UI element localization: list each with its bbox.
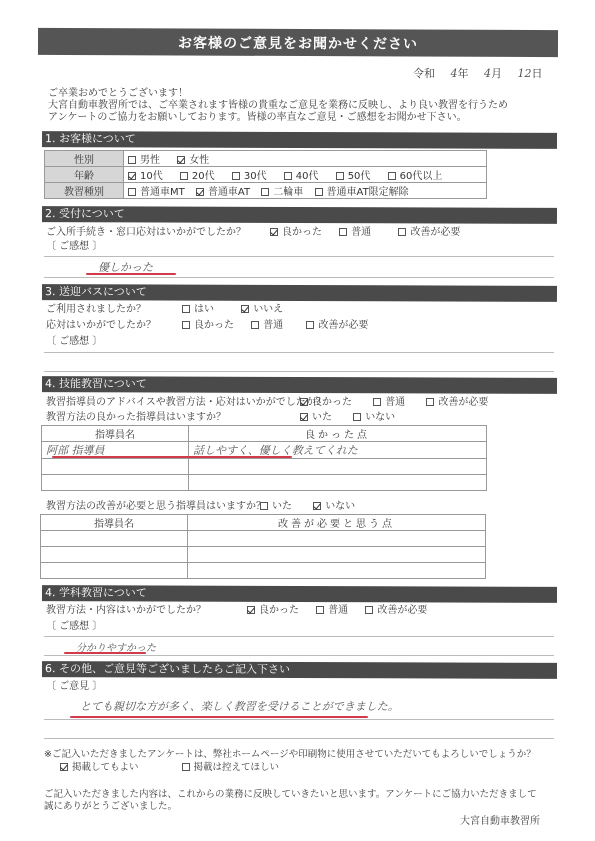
option-label: 二輪車 bbox=[273, 187, 303, 198]
date-day[interactable]: 12 bbox=[518, 67, 532, 80]
age-row: 年齢 10代 20代 30代 40代 50代 60代以上 bbox=[45, 167, 487, 183]
option-label: いた bbox=[312, 412, 332, 423]
option-normal[interactable]: 普通 bbox=[373, 396, 405, 409]
course-type-row: 教習種別 普通車MT 普通車AT 二輪車 普通車AT限定解除 bbox=[45, 183, 487, 199]
section-1-heading: 1. お客様について bbox=[42, 131, 557, 149]
option-label: 改善が必要 bbox=[410, 227, 460, 238]
checkbox-icon[interactable] bbox=[365, 606, 373, 614]
option-good[interactable]: 良かった bbox=[270, 226, 322, 239]
checkbox-icon[interactable] bbox=[251, 321, 259, 329]
checkbox-icon[interactable] bbox=[260, 502, 268, 510]
reception-comment-label: 〔 ご感想 〕 bbox=[46, 240, 102, 253]
checkbox-icon[interactable] bbox=[182, 321, 190, 329]
option-normal[interactable]: 普通 bbox=[316, 604, 348, 617]
age-label: 年齢 bbox=[45, 167, 124, 183]
section-6-heading: 6. その他、ご意見等ございましたらご記入下さい bbox=[42, 661, 557, 679]
option-needs-improvement[interactable]: 改善が必要 bbox=[306, 319, 368, 332]
option-30s[interactable]: 30代 bbox=[232, 167, 267, 182]
option-female[interactable]: 女性 bbox=[177, 151, 209, 166]
divider bbox=[44, 371, 554, 372]
bus-service-question: 応対はいかがでしたか？ bbox=[46, 319, 156, 332]
classroom-comment-label: 〔 ご感想 〕 bbox=[46, 620, 102, 633]
checkbox-icon[interactable] bbox=[398, 228, 406, 236]
option-publish-ok[interactable]: 掲載してもよい bbox=[60, 761, 139, 774]
table-header-row: 指導員名 改善が必要と思う点 bbox=[41, 515, 486, 531]
checkbox-checked-icon[interactable] bbox=[196, 188, 204, 196]
red-underline bbox=[70, 716, 368, 718]
gender-label: 性別 bbox=[45, 151, 124, 167]
option-label: いない bbox=[325, 501, 355, 512]
gender-row: 性別 男性 女性 bbox=[45, 151, 487, 167]
section-3-heading: 3. 送迎バスについて bbox=[42, 284, 557, 302]
option-label: いいえ bbox=[253, 304, 283, 315]
improve-points-header: 改善が必要と思う点 bbox=[188, 515, 486, 531]
option-10s[interactable]: 10代 bbox=[128, 167, 163, 182]
good-instructor-table: 指導員名 良かった点 阿部 指導員 話しやすく、優しく教えてくれた bbox=[41, 425, 487, 491]
option-label: 40代 bbox=[296, 171, 319, 182]
checkbox-icon[interactable] bbox=[336, 172, 344, 180]
option-label: 60代以上 bbox=[400, 171, 443, 182]
checkbox-checked-icon[interactable] bbox=[60, 763, 68, 771]
option-publish-decline[interactable]: 掲載は控えてほしい bbox=[182, 761, 280, 774]
instructor-advice-question: 教習指導員のアドバイスや教習方法・応対はいかがでしたか？ bbox=[46, 396, 326, 409]
checkbox-icon[interactable] bbox=[284, 172, 292, 180]
checkbox-checked-icon[interactable] bbox=[247, 606, 255, 614]
instructor-name-cell[interactable] bbox=[41, 547, 188, 563]
section-4-heading: 4. 技能教習について bbox=[42, 376, 557, 394]
option-yes[interactable]: はい bbox=[182, 303, 214, 316]
survey-title: お客様のご意見をお聞かせください bbox=[38, 28, 558, 57]
intro-line-3: アンケートのご協力をお願いしております。皆様の率直なご意見・ご感想をお聞かせ下さ… bbox=[48, 111, 467, 124]
instructor-name-cell[interactable] bbox=[41, 531, 188, 547]
checkbox-checked-icon[interactable] bbox=[128, 172, 136, 180]
option-label: 普通 bbox=[385, 397, 405, 408]
signature: 大宮自動車教習所 bbox=[460, 815, 540, 828]
divider bbox=[44, 636, 554, 637]
publish-options: 掲載してもよい 掲載は控えてほしい bbox=[60, 761, 293, 774]
other-comment[interactable]: とても親切な方が多く、楽しく教習を受けることができました。 bbox=[80, 698, 399, 714]
option-label: 普通 bbox=[328, 605, 348, 616]
option-label: 普通 bbox=[263, 320, 283, 331]
option-yes[interactable]: いた bbox=[260, 500, 292, 513]
option-label: いない bbox=[365, 412, 395, 423]
red-underline bbox=[64, 652, 146, 654]
divider bbox=[44, 655, 554, 656]
option-label: 良かった bbox=[312, 397, 352, 408]
instructor-name-cell[interactable] bbox=[41, 563, 188, 579]
date-month-unit: 月 bbox=[491, 67, 502, 80]
option-good[interactable]: 良かった bbox=[247, 604, 299, 617]
option-normal[interactable]: 普通 bbox=[339, 226, 371, 239]
option-needs-improvement[interactable]: 改善が必要 bbox=[398, 226, 460, 239]
option-male[interactable]: 男性 bbox=[128, 151, 160, 166]
good-instructor-question: 教習方法の良かった指導員はいますか？ bbox=[46, 411, 226, 424]
gender-options: 男性 女性 bbox=[124, 151, 487, 167]
publish-question: ※ご記入いただきましたアンケートは、弊社ホームページや印刷物に使用させていただい… bbox=[44, 748, 536, 761]
classroom-question: 教習方法・内容はいかがでしたか？ bbox=[46, 604, 206, 617]
option-label: 女性 bbox=[189, 155, 209, 166]
instructor-name-header: 指導員名 bbox=[41, 515, 188, 531]
instructor-name-cell[interactable] bbox=[42, 475, 189, 491]
option-label: 普通車AT限定解除 bbox=[327, 187, 409, 198]
improve-instructor-options: いた いない bbox=[260, 500, 369, 513]
bus-usage-question: ご利用されましたか？ bbox=[46, 303, 146, 316]
bus-comment-label: 〔 ご感想 〕 bbox=[46, 335, 102, 348]
option-motorcycle[interactable]: 二輪車 bbox=[261, 183, 303, 198]
good-points-cell[interactable] bbox=[189, 475, 487, 491]
option-label: 30代 bbox=[244, 171, 267, 182]
option-label: 10代 bbox=[140, 171, 163, 182]
bus-service-options: 良かった 普通 改善が必要 bbox=[182, 319, 382, 332]
option-standard-at[interactable]: 普通車AT bbox=[196, 183, 250, 198]
checkbox-checked-icon[interactable] bbox=[270, 228, 278, 236]
checkbox-icon[interactable] bbox=[128, 156, 136, 164]
option-no[interactable]: いない bbox=[353, 411, 395, 424]
checkbox-icon[interactable] bbox=[388, 172, 396, 180]
checkbox-icon[interactable] bbox=[316, 606, 324, 614]
option-label: はい bbox=[194, 304, 214, 315]
option-label: 男性 bbox=[140, 155, 160, 166]
divider bbox=[44, 719, 554, 720]
date: 令和 4年 4月 12日 bbox=[413, 67, 543, 80]
divider bbox=[44, 738, 554, 739]
option-label: 普通車MT bbox=[140, 187, 185, 198]
instructor-name-cell[interactable] bbox=[42, 459, 189, 475]
option-good[interactable]: 良かった bbox=[182, 319, 234, 332]
option-label: 良かった bbox=[194, 320, 234, 331]
date-month[interactable]: 4 bbox=[484, 67, 491, 80]
table-header-row: 指導員名 良かった点 bbox=[42, 426, 487, 442]
checkbox-checked-icon[interactable] bbox=[313, 502, 321, 510]
option-50s[interactable]: 50代 bbox=[336, 167, 371, 182]
option-normal[interactable]: 普通 bbox=[251, 319, 283, 332]
course-type-label: 教習種別 bbox=[45, 183, 124, 199]
date-year[interactable]: 4 bbox=[451, 67, 458, 80]
option-label: 普通車AT bbox=[208, 187, 250, 198]
section-5-heading: 4. 学科教習について bbox=[42, 585, 557, 603]
checkbox-icon[interactable] bbox=[182, 305, 190, 313]
checkbox-icon[interactable] bbox=[261, 188, 269, 196]
improve-points-cell[interactable] bbox=[188, 563, 486, 579]
divider bbox=[44, 256, 554, 257]
red-underline bbox=[86, 273, 176, 275]
age-options: 10代 20代 30代 40代 50代 60代以上 bbox=[124, 167, 487, 183]
other-comment-label: 〔 ご意見 〕 bbox=[46, 680, 102, 693]
reception-question: ご入所手続き・窓口応対はいかがでしたか？ bbox=[46, 226, 246, 239]
checkbox-icon[interactable] bbox=[339, 228, 347, 236]
checkbox-checked-icon[interactable] bbox=[177, 156, 185, 164]
bus-comment-line[interactable] bbox=[44, 352, 554, 353]
option-label: 掲載してもよい bbox=[72, 762, 139, 773]
checkbox-checked-icon[interactable] bbox=[300, 398, 308, 406]
option-label: 改善が必要 bbox=[377, 605, 427, 616]
good-points-cell[interactable] bbox=[189, 459, 487, 475]
good-points-header: 良かった点 bbox=[189, 426, 487, 442]
option-no[interactable]: いない bbox=[313, 500, 355, 513]
option-40s[interactable]: 40代 bbox=[284, 167, 319, 182]
customer-info-table: 性別 男性 女性 年齢 10代 20代 30代 40代 50代 60代以上 教習… bbox=[44, 150, 487, 199]
checkbox-icon[interactable] bbox=[182, 763, 190, 771]
table-row bbox=[42, 475, 487, 491]
improve-points-cell[interactable] bbox=[188, 547, 486, 563]
date-year-unit: 年 bbox=[458, 67, 469, 80]
checkbox-checked-icon[interactable] bbox=[300, 413, 308, 421]
checkbox-icon[interactable] bbox=[315, 188, 323, 196]
option-label: 改善が必要 bbox=[438, 397, 488, 408]
checkbox-icon[interactable] bbox=[180, 172, 188, 180]
course-type-options: 普通車MT 普通車AT 二輪車 普通車AT限定解除 bbox=[124, 183, 487, 199]
bus-usage-options: はい いいえ bbox=[182, 303, 297, 316]
option-60s-plus[interactable]: 60代以上 bbox=[388, 167, 443, 182]
option-standard-mt[interactable]: 普通車MT bbox=[128, 183, 185, 198]
option-good[interactable]: 良かった bbox=[300, 396, 352, 409]
option-no[interactable]: いいえ bbox=[241, 303, 283, 316]
option-label: 良かった bbox=[259, 605, 299, 616]
checkbox-icon[interactable] bbox=[232, 172, 240, 180]
checkbox-icon[interactable] bbox=[353, 413, 361, 421]
classroom-options: 良かった 普通 改善が必要 bbox=[247, 604, 441, 617]
option-20s[interactable]: 20代 bbox=[180, 167, 215, 182]
option-label: 改善が必要 bbox=[318, 320, 368, 331]
checkbox-icon[interactable] bbox=[128, 188, 136, 196]
date-era: 令和 bbox=[413, 67, 435, 80]
checkbox-icon[interactable] bbox=[373, 398, 381, 406]
improve-instructor-table: 指導員名 改善が必要と思う点 bbox=[40, 514, 486, 579]
divider bbox=[44, 277, 554, 278]
option-label: 50代 bbox=[348, 171, 371, 182]
option-yes[interactable]: いた bbox=[300, 411, 332, 424]
red-underline bbox=[52, 456, 292, 458]
table-row bbox=[41, 547, 486, 563]
option-label: いた bbox=[272, 501, 292, 512]
option-label: 掲載は控えてほしい bbox=[194, 762, 280, 773]
checkbox-checked-icon[interactable] bbox=[241, 305, 249, 313]
option-needs-improvement[interactable]: 改善が必要 bbox=[426, 396, 488, 409]
reception-options: 良かった 普通 改善が必要 bbox=[270, 226, 474, 239]
checkbox-icon[interactable] bbox=[426, 398, 434, 406]
option-label: 20代 bbox=[192, 171, 215, 182]
option-at-limit-removal[interactable]: 普通車AT限定解除 bbox=[315, 183, 409, 198]
section-2-heading: 2. 受付について bbox=[42, 206, 557, 224]
option-label: 普通 bbox=[351, 227, 371, 238]
improve-instructor-question: 教習方法の改善が必要と思う指導員はいますか？ bbox=[46, 500, 266, 513]
instructor-advice-options: 良かった 普通 改善が必要 bbox=[300, 396, 502, 409]
closing-line-2: 誠にありがとうございました。 bbox=[44, 800, 177, 813]
table-row bbox=[42, 459, 487, 475]
table-row bbox=[41, 531, 486, 547]
table-row bbox=[41, 563, 486, 579]
good-instructor-options: いた いない bbox=[300, 411, 409, 424]
option-label: 良かった bbox=[282, 227, 322, 238]
checkbox-icon[interactable] bbox=[306, 321, 314, 329]
option-needs-improvement[interactable]: 改善が必要 bbox=[365, 604, 427, 617]
instructor-name-header: 指導員名 bbox=[42, 426, 189, 442]
improve-points-cell[interactable] bbox=[188, 531, 486, 547]
date-day-unit: 日 bbox=[532, 67, 543, 80]
